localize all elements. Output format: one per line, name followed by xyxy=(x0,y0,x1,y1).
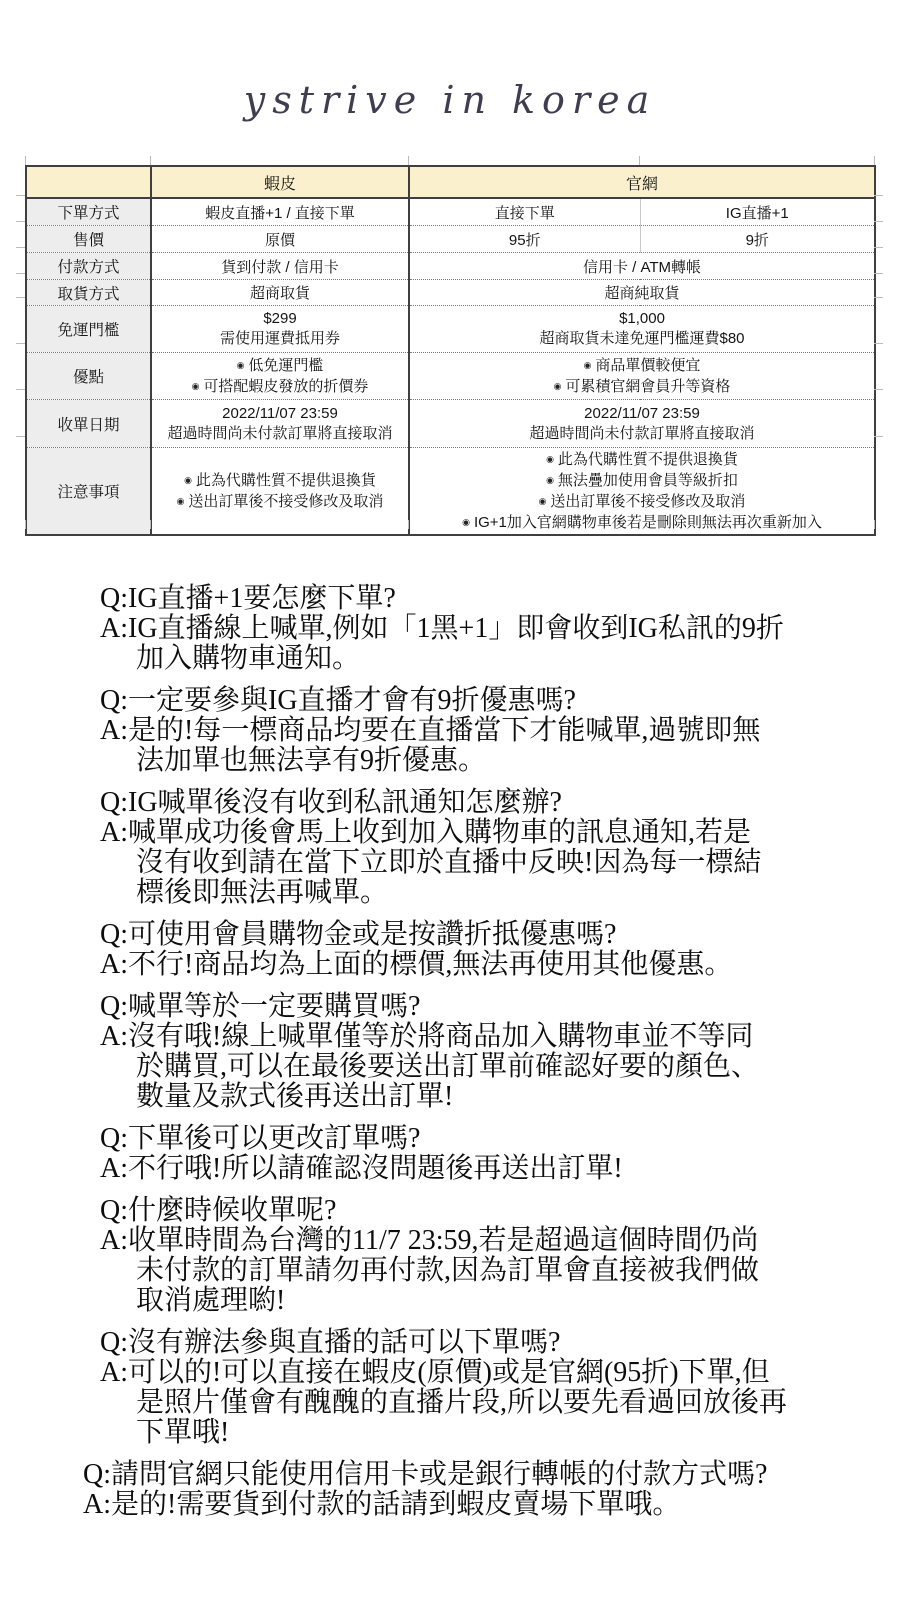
cell-line: $1,000 xyxy=(413,309,871,329)
faq-item: Q:請問官網只能使用信用卡或是銀行轉帳的付款方式嗎? A:是的!需要貨到付款的話… xyxy=(83,1460,882,1520)
bullet-icon: ◉ xyxy=(539,491,547,512)
table-row-payment: 付款方式 貨到付款 / 信用卡 信用卡 / ATM轉帳 xyxy=(26,253,875,280)
official-cell: 信用卡 / ATM轉帳 xyxy=(409,253,875,280)
faq-answer: A:收單時間為台灣的11/7 23:59,若是超過這個時間仍尚未付款的訂單請勿再… xyxy=(100,1226,882,1316)
table-row-price: 售價 原價 95折 9折 xyxy=(26,226,875,253)
faq-answer: A:喊單成功後會馬上收到加入購物車的訊息通知,若是沒有收到請在當下立即於直播中反… xyxy=(100,818,882,908)
faq-question: Q:什麼時候收單呢? xyxy=(100,1196,882,1226)
faq-answer: A:沒有哦!線上喊單僅等於將商品加入購物車並不等同於購買,可以在最後要送出訂單前… xyxy=(100,1022,882,1112)
note-item: ◉送出訂單後不接受修改及取消 xyxy=(413,491,871,512)
bullet-text: 可累積官網會員升等資格 xyxy=(565,378,730,395)
bullet-text: 此為代購性質不提供退換貨 xyxy=(196,472,376,489)
gridline-tick xyxy=(16,343,25,344)
row-label: 免運門檻 xyxy=(26,306,151,353)
shopee-cell: 貨到付款 / 信用卡 xyxy=(151,253,409,280)
faq-answer-line: 是照片僅會有醜醜的直播片段,所以要先看過回放後再 xyxy=(100,1388,882,1418)
gridline-tick xyxy=(408,156,409,165)
faq-answer: A:是的!需要貨到付款的話請到蝦皮賣場下單哦。 xyxy=(83,1490,882,1520)
gridline-tick xyxy=(874,156,875,165)
faq-question: Q:IG直播+1要怎麼下單? xyxy=(100,584,882,614)
gridline-tick xyxy=(874,195,883,196)
official-ig-cell: 9折 xyxy=(640,226,875,253)
row-label: 售價 xyxy=(26,226,151,253)
faq-answer-line: A:可以的!可以直接在蝦皮(原價)或是官網(95折)下單,但 xyxy=(100,1358,882,1388)
gridline-tick xyxy=(874,343,883,344)
gridline-tick xyxy=(16,221,25,222)
faq-answer-line: A:不行哦!所以請確認沒問題後再送出訂單! xyxy=(100,1154,882,1184)
advantage-item: ◉商品單價較便宜 xyxy=(413,355,871,376)
faq-answer-line: 標後即無法再喊單。 xyxy=(100,878,882,908)
comparison-table-wrap: 蝦皮 官網 下單方式 蝦皮直播+1 / 直接下單 直接下單 IG直播+1 售價 … xyxy=(25,165,876,536)
faq-answer-line: 數量及款式後再送出訂單! xyxy=(100,1082,882,1112)
gridline-tick xyxy=(874,436,883,437)
faq-answer-line: A:喊單成功後會馬上收到加入購物車的訊息通知,若是 xyxy=(100,818,882,848)
gridline-tick xyxy=(874,273,883,274)
gridline-tick xyxy=(874,389,883,390)
gridline-tick xyxy=(16,297,25,298)
gridline-tick xyxy=(150,156,151,165)
faq-answer: A:是的!每一標商品均要在直播當下才能喊單,過號即無法加單也無法享有9折優惠。 xyxy=(100,716,882,776)
faq-answer-line: 法加單也無法享有9折優惠。 xyxy=(100,746,882,776)
bullet-text: 此為代購性質不提供退換貨 xyxy=(558,451,738,468)
faq-question: Q:請問官網只能使用信用卡或是銀行轉帳的付款方式嗎? xyxy=(83,1460,882,1490)
bullet-icon: ◉ xyxy=(584,355,592,376)
row-label: 收單日期 xyxy=(26,400,151,448)
gridline-tick xyxy=(25,520,26,529)
official-cell: ◉此為代購性質不提供退換貨◉無法疊加使用會員等級折扣◉送出訂單後不接受修改及取消… xyxy=(409,448,875,536)
note-item: ◉送出訂單後不接受修改及取消 xyxy=(155,491,405,512)
bullet-text: 可搭配蝦皮發放的折價券 xyxy=(203,378,368,395)
faq-answer-line: A:是的!每一標商品均要在直播當下才能喊單,過號即無 xyxy=(100,716,882,746)
bullet-icon: ◉ xyxy=(546,449,554,470)
official-ig-cell: IG直播+1 xyxy=(640,198,875,226)
official-cell: ◉商品單價較便宜◉可累積官網會員升等資格 xyxy=(409,353,875,400)
gridline-tick xyxy=(150,520,151,529)
shopee-cell: ◉此為代購性質不提供退換貨◉送出訂單後不接受修改及取消 xyxy=(151,448,409,536)
page: ystrive in korea 蝦皮 官網 下單方式 蝦皮直播+1 / 直接下… xyxy=(0,0,900,1600)
gridline-tick xyxy=(874,247,883,248)
official-cell: $1,000超商取貨未達免運門檻運費$80 xyxy=(409,306,875,353)
table-row-advantages: 優點 ◉低免運門檻◉可搭配蝦皮發放的折價券 ◉商品單價較便宜◉可累積官網會員升等… xyxy=(26,353,875,400)
faq-answer: A:不行!商品均為上面的標價,無法再使用其他優惠。 xyxy=(100,950,882,980)
bullet-text: 商品單價較便宜 xyxy=(595,357,700,374)
faq-item: Q:可使用會員購物金或是按讚折抵優惠嗎? A:不行!商品均為上面的標價,無法再使… xyxy=(100,920,882,980)
table-header-row: 蝦皮 官網 xyxy=(26,166,875,198)
table-row-free-shipping: 免運門檻 $299需使用運費抵用券 $1,000超商取貨未達免運門檻運費$80 xyxy=(26,306,875,353)
faq-answer-line: 沒有收到請在當下立即於直播中反映!因為每一標結 xyxy=(100,848,882,878)
row-label: 注意事項 xyxy=(26,448,151,536)
faq-item: Q:一定要參與IG直播才會有9折優惠嗎? A:是的!每一標商品均要在直播當下才能… xyxy=(100,686,882,776)
faq-answer: A:不行哦!所以請確認沒問題後再送出訂單! xyxy=(100,1154,882,1184)
bullet-text: IG+1加入官網購物車後若是刪除則無法再次重新加入 xyxy=(474,514,822,531)
official-cell: 2022/11/07 23:59超過時間尚未付款訂單將直接取消 xyxy=(409,400,875,448)
bullet-text: 無法疊加使用會員等級折扣 xyxy=(558,472,738,489)
shopee-cell: $299需使用運費抵用券 xyxy=(151,306,409,353)
faq-section: Q:IG直播+1要怎麼下單? A:IG直播線上喊單,例如「1黑+1」即會收到IG… xyxy=(0,584,900,1532)
faq-item: Q:喊單等於一定要購買嗎? A:沒有哦!線上喊單僅等於將商品加入購物車並不等同於… xyxy=(100,992,882,1112)
faq-question: Q:IG喊單後沒有收到私訊通知怎麼辦? xyxy=(100,788,882,818)
cell-line: 超商取貨未達免運門檻運費$80 xyxy=(413,329,871,349)
faq-answer-line: A:收單時間為台灣的11/7 23:59,若是超過這個時間仍尚 xyxy=(100,1226,882,1256)
table-row-order-method: 下單方式 蝦皮直播+1 / 直接下單 直接下單 IG直播+1 xyxy=(26,198,875,226)
faq-answer-line: A:IG直播線上喊單,例如「1黑+1」即會收到IG私訊的9折 xyxy=(100,614,882,644)
faq-question: Q:可使用會員購物金或是按讚折抵優惠嗎? xyxy=(100,920,882,950)
faq-item: Q:IG直播+1要怎麼下單? A:IG直播線上喊單,例如「1黑+1」即會收到IG… xyxy=(100,584,882,674)
faq-question: Q:沒有辦法參與直播的話可以下單嗎? xyxy=(100,1328,882,1358)
faq-answer-line: 於購買,可以在最後要送出訂單前確認好要的顏色、 xyxy=(100,1052,882,1082)
table-row-deadline: 收單日期 2022/11/07 23:59超過時間尚未付款訂單將直接取消 202… xyxy=(26,400,875,448)
faq-answer-line: A:不行!商品均為上面的標價,無法再使用其他優惠。 xyxy=(100,950,882,980)
cell-line: 超過時間尚未付款訂單將直接取消 xyxy=(413,424,871,444)
gridline-tick xyxy=(874,221,883,222)
table-header-official: 官網 xyxy=(409,166,875,198)
official-direct-cell: 95折 xyxy=(409,226,640,253)
shopee-cell: ◉低免運門檻◉可搭配蝦皮發放的折價券 xyxy=(151,353,409,400)
brand-logo: ystrive in korea xyxy=(0,78,900,122)
bullet-icon: ◉ xyxy=(192,376,200,397)
faq-item: Q:什麼時候收單呢? A:收單時間為台灣的11/7 23:59,若是超過這個時間… xyxy=(100,1196,882,1316)
cell-line: 2022/11/07 23:59 xyxy=(155,404,405,424)
table-row-pickup: 取貨方式 超商取貨 超商純取貨 xyxy=(26,280,875,306)
faq-answer-line: 加入購物車通知。 xyxy=(100,644,882,674)
gridline-tick xyxy=(16,273,25,274)
bullet-icon: ◉ xyxy=(554,376,562,397)
advantage-item: ◉可累積官網會員升等資格 xyxy=(413,376,871,397)
gridline-tick xyxy=(874,520,875,529)
faq-answer-line: 下單哦! xyxy=(100,1418,882,1448)
gridline-tick xyxy=(16,195,25,196)
faq-answer-line: 未付款的訂單請勿再付款,因為訂單會直接被我們做 xyxy=(100,1256,882,1286)
cell-line: 2022/11/07 23:59 xyxy=(413,404,871,424)
bullet-text: 送出訂單後不接受修改及取消 xyxy=(188,493,383,510)
shopee-cell: 2022/11/07 23:59超過時間尚未付款訂單將直接取消 xyxy=(151,400,409,448)
gridline-tick xyxy=(639,156,640,165)
bullet-icon: ◉ xyxy=(184,470,192,491)
note-item: ◉此為代購性質不提供退換貨 xyxy=(413,449,871,470)
faq-answer: A:IG直播線上喊單,例如「1黑+1」即會收到IG私訊的9折加入購物車通知。 xyxy=(100,614,882,674)
bullet-icon: ◉ xyxy=(462,512,470,533)
official-direct-cell: 直接下單 xyxy=(409,198,640,226)
note-item: ◉IG+1加入官網購物車後若是刪除則無法再次重新加入 xyxy=(413,512,871,533)
gridline-tick xyxy=(16,436,25,437)
faq-answer-line: A:沒有哦!線上喊單僅等於將商品加入購物車並不等同 xyxy=(100,1022,882,1052)
row-label: 優點 xyxy=(26,353,151,400)
row-label: 下單方式 xyxy=(26,198,151,226)
bullet-text: 送出訂單後不接受修改及取消 xyxy=(550,493,745,510)
faq-item: Q:沒有辦法參與直播的話可以下單嗎? A:可以的!可以直接在蝦皮(原價)或是官網… xyxy=(100,1328,882,1448)
advantage-item: ◉低免運門檻 xyxy=(155,355,405,376)
official-cell: 超商純取貨 xyxy=(409,280,875,306)
faq-item: Q:下單後可以更改訂單嗎? A:不行哦!所以請確認沒問題後再送出訂單! xyxy=(100,1124,882,1184)
table-header-shopee: 蝦皮 xyxy=(151,166,409,198)
table-row-notes: 注意事項 ◉此為代購性質不提供退換貨◉送出訂單後不接受修改及取消 ◉此為代購性質… xyxy=(26,448,875,536)
row-label: 付款方式 xyxy=(26,253,151,280)
faq-answer-line: A:是的!需要貨到付款的話請到蝦皮賣場下單哦。 xyxy=(83,1490,882,1520)
table-header-corner xyxy=(26,166,151,198)
cell-line: 需使用運費抵用券 xyxy=(155,329,405,349)
advantage-item: ◉可搭配蝦皮發放的折價券 xyxy=(155,376,405,397)
faq-answer: A:可以的!可以直接在蝦皮(原價)或是官網(95折)下單,但是照片僅會有醜醜的直… xyxy=(100,1358,882,1448)
shopee-cell: 原價 xyxy=(151,226,409,253)
shopee-cell: 超商取貨 xyxy=(151,280,409,306)
gridline-tick xyxy=(25,156,26,165)
bullet-text: 低免運門檻 xyxy=(248,357,323,374)
shopee-cell: 蝦皮直播+1 / 直接下單 xyxy=(151,198,409,226)
faq-question: Q:喊單等於一定要購買嗎? xyxy=(100,992,882,1022)
note-item: ◉無法疊加使用會員等級折扣 xyxy=(413,470,871,491)
comparison-table: 蝦皮 官網 下單方式 蝦皮直播+1 / 直接下單 直接下單 IG直播+1 售價 … xyxy=(25,165,876,536)
note-item: ◉此為代購性質不提供退換貨 xyxy=(155,470,405,491)
cell-line: $299 xyxy=(155,309,405,329)
bullet-icon: ◉ xyxy=(177,491,185,512)
gridline-tick xyxy=(639,520,640,529)
bullet-icon: ◉ xyxy=(546,470,554,491)
gridline-tick xyxy=(874,297,883,298)
gridline-tick xyxy=(16,389,25,390)
faq-question: Q:下單後可以更改訂單嗎? xyxy=(100,1124,882,1154)
row-label: 取貨方式 xyxy=(26,280,151,306)
faq-answer-line: 取消處理喲! xyxy=(100,1286,882,1316)
gridline-tick xyxy=(408,520,409,529)
faq-question: Q:一定要參與IG直播才會有9折優惠嗎? xyxy=(100,686,882,716)
gridline-tick xyxy=(16,247,25,248)
faq-item: Q:IG喊單後沒有收到私訊通知怎麼辦? A:喊單成功後會馬上收到加入購物車的訊息… xyxy=(100,788,882,908)
cell-line: 超過時間尚未付款訂單將直接取消 xyxy=(155,424,405,444)
bullet-icon: ◉ xyxy=(237,355,245,376)
